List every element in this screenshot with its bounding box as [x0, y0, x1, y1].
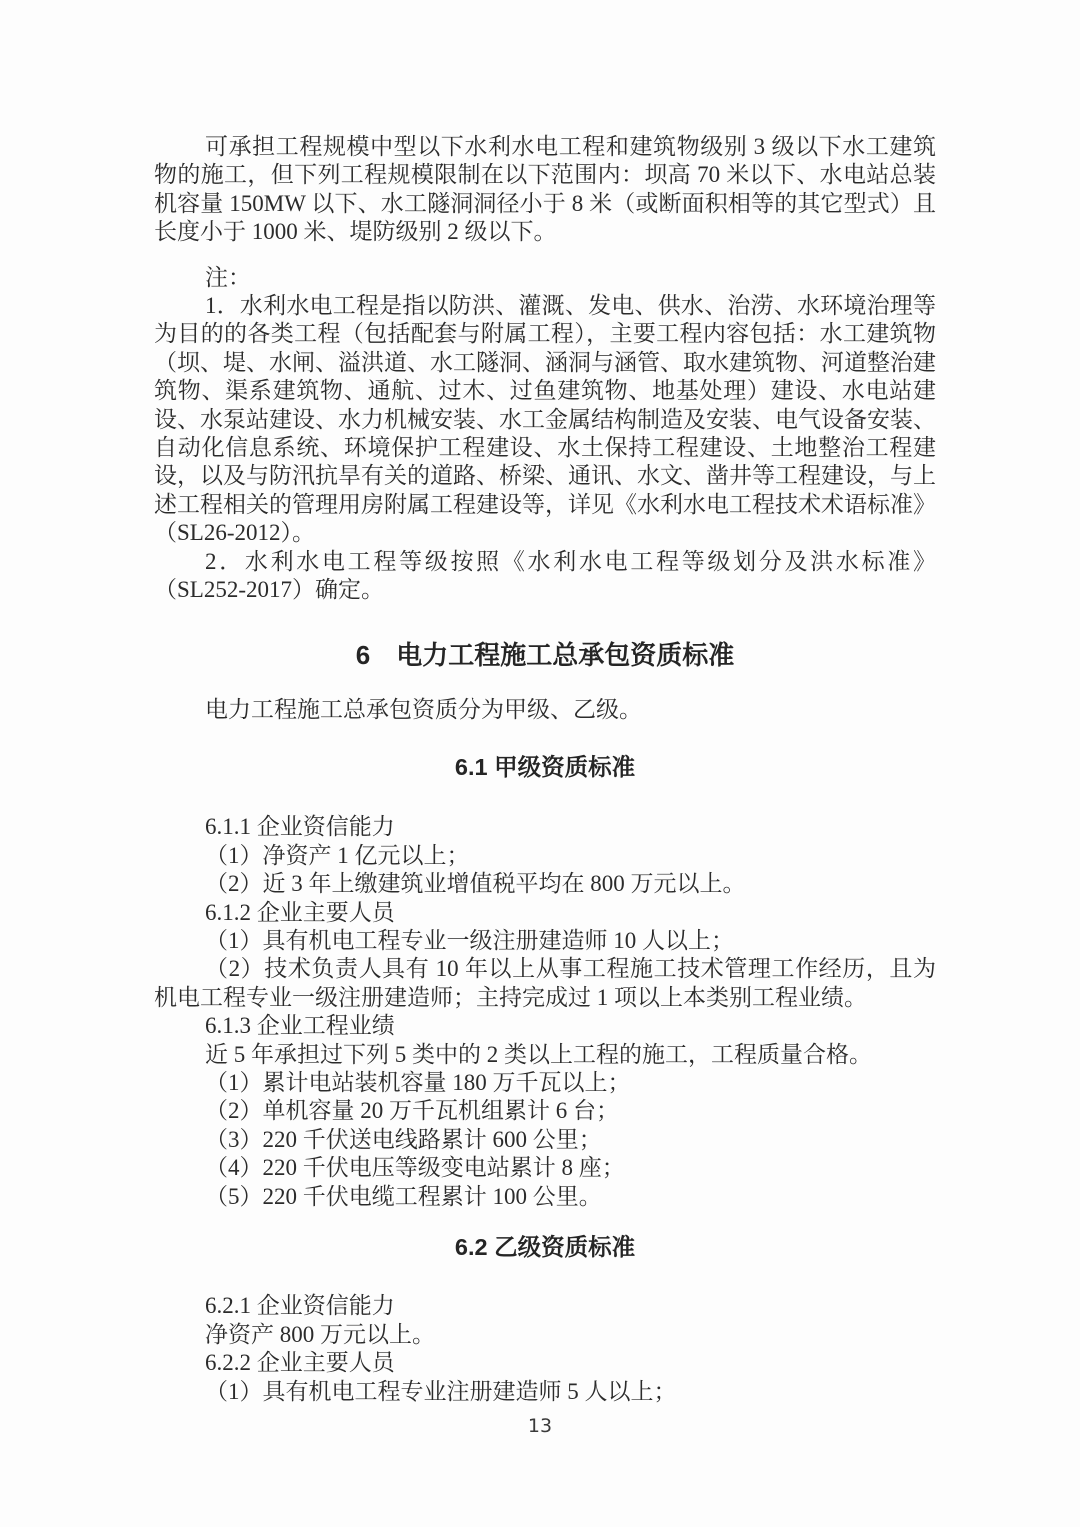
- notes-block: 注： 1．水利水电工程是指以防洪、灌溉、发电、供水、治涝、水环境治理等为目的的各…: [154, 264, 936, 605]
- scope-paragraph: 可承担工程规模中型以下水利水电工程和建筑物级别 3 级以下水工建筑物的施工，但下…: [154, 133, 936, 247]
- requirement-line: （3）220 千伏送电线路累计 600 公里；: [154, 1126, 936, 1154]
- chapter-intro: 电力工程施工总承包资质分为甲级、乙级。: [154, 696, 936, 724]
- section-heading-6-2: 6.2 乙级资质标准: [154, 1233, 936, 1261]
- requirement-line: （5）220 千伏电缆工程累计 100 公里。: [154, 1183, 936, 1211]
- section-heading-6-1: 6.1 甲级资质标准: [154, 753, 936, 781]
- requirement-line: （1）具有机电工程专业注册建造师 5 人以上；: [154, 1378, 936, 1406]
- requirement-line: 净资产 800 万元以上。: [154, 1321, 936, 1349]
- requirement-line: （4）220 千伏电压等级变电站累计 8 座；: [154, 1154, 936, 1182]
- document-page: 可承担工程规模中型以下水利水电工程和建筑物级别 3 级以下水工建筑物的施工，但下…: [0, 0, 1080, 1527]
- grade-a-requirements: 6.1.1 企业资信能力 （1）净资产 1 亿元以上； （2）近 3 年上缴建筑…: [154, 813, 936, 1211]
- requirement-line: （1）净资产 1 亿元以上；: [154, 842, 936, 870]
- notes-label: 注：: [154, 264, 936, 292]
- requirement-line: （2）单机容量 20 万千瓦机组累计 6 台；: [154, 1097, 936, 1125]
- grade-b-requirements: 6.2.1 企业资信能力 净资产 800 万元以上。 6.2.2 企业主要人员 …: [154, 1292, 936, 1406]
- page-number: 13: [0, 1414, 1080, 1438]
- requirement-line: 6.2.1 企业资信能力: [154, 1292, 936, 1320]
- requirement-line: （2）近 3 年上缴建筑业增值税平均在 800 万元以上。: [154, 870, 936, 898]
- requirement-line: （1）累计电站装机容量 180 万千瓦以上；: [154, 1069, 936, 1097]
- note-item-2: 2．水利水电工程等级按照《水利水电工程等级划分及洪水标准》（SL252-2017…: [154, 548, 936, 605]
- requirement-line: 6.1.1 企业资信能力: [154, 813, 936, 841]
- requirement-line: （2）技术负责人具有 10 年以上从事工程施工技术管理工作经历，且为机电工程专业…: [154, 955, 936, 1012]
- note-item-1: 1．水利水电工程是指以防洪、灌溉、发电、供水、治涝、水环境治理等为目的的各类工程…: [154, 292, 936, 548]
- requirement-line: （1）具有机电工程专业一级注册建造师 10 人以上；: [154, 927, 936, 955]
- requirement-line: 6.1.3 企业工程业绩: [154, 1012, 936, 1040]
- requirement-line: 6.1.2 企业主要人员: [154, 899, 936, 927]
- requirement-line: 近 5 年承担过下列 5 类中的 2 类以上工程的施工，工程质量合格。: [154, 1041, 936, 1069]
- requirement-line: 6.2.2 企业主要人员: [154, 1349, 936, 1377]
- page-content: 可承担工程规模中型以下水利水电工程和建筑物级别 3 级以下水工建筑物的施工，但下…: [154, 0, 936, 1406]
- chapter-heading: 6 电力工程施工总承包资质标准: [154, 638, 936, 672]
